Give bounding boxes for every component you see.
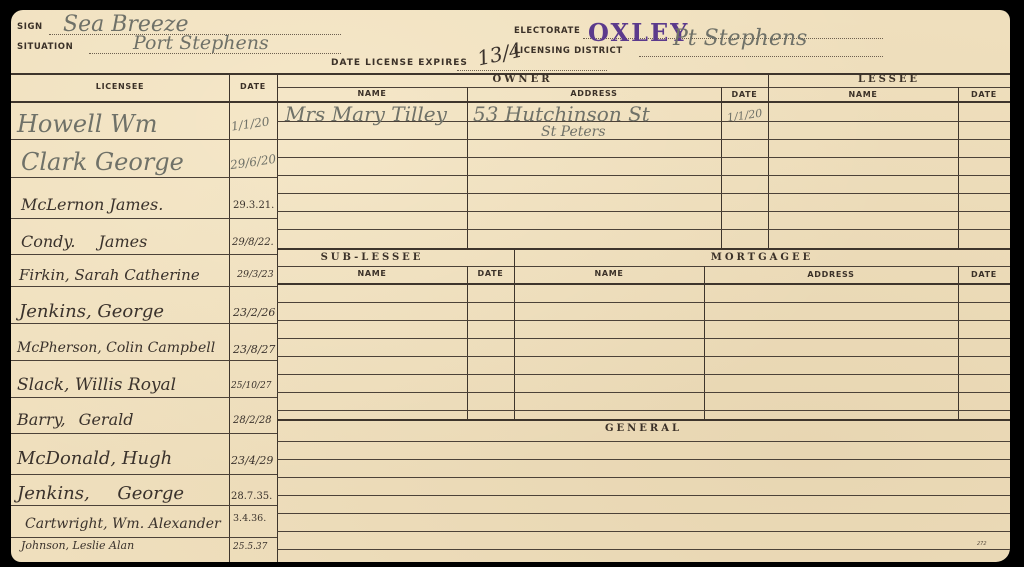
owner-address-date-divider — [721, 87, 722, 250]
situation-value: Port Stephens — [133, 32, 269, 54]
situation-label: SITUATION — [17, 42, 73, 52]
sub-lessee-subhead-line — [277, 266, 1010, 267]
sub-lessee-header-bottom — [277, 283, 1010, 285]
licensee-row-line — [11, 433, 277, 434]
general-row-line — [277, 441, 1010, 442]
sub-lessee-mortgagee-divider — [514, 248, 515, 419]
licensee-right-divider — [277, 73, 278, 562]
licensee-date: 25.5.37 — [233, 542, 267, 552]
date-license-expires-label: DATE LICENSE EXPIRES — [331, 58, 468, 68]
licensee-name: Jenkins, George — [19, 301, 164, 322]
licensee-name: Condy. James — [21, 232, 147, 251]
licensee-date: 23/2/26 — [233, 306, 275, 319]
licensee-row-line — [11, 323, 277, 324]
mortgagee-row-line — [277, 302, 1010, 303]
licensee-row-line — [11, 139, 277, 140]
licensee-row-line — [11, 397, 277, 398]
mortgagee-row-line — [277, 374, 1010, 375]
mortgagee-section-bottom-border — [277, 419, 1010, 421]
owner-row-line — [277, 175, 1010, 176]
licensing-district-value: Pt Stephens — [673, 26, 807, 51]
mortgagee-row-line — [277, 356, 1010, 357]
owner-address-header: ADDRESS — [467, 89, 721, 98]
licensee-row-line — [11, 537, 277, 538]
licensee-name: Jenkins, George — [17, 483, 184, 504]
licensee-name: Clark George — [21, 148, 184, 176]
mortgagee-name-address-divider — [704, 266, 705, 419]
electorate-label: ELECTORATE — [514, 26, 580, 36]
licensee-date: 23/8/27 — [233, 343, 275, 356]
licensee-date: 29/8/22. — [232, 237, 274, 248]
lessee-name-header: NAME — [768, 90, 958, 99]
licensee-row-line — [11, 177, 277, 178]
general-row-line — [277, 459, 1010, 460]
owner-row-line — [277, 193, 1010, 194]
licensee-date: 1/1/20 — [230, 114, 270, 133]
mortgagee-row-line — [277, 338, 1010, 339]
licensee-name: Barry, Gerald — [17, 410, 133, 429]
sign-label: SIGN — [17, 22, 43, 32]
licensee-date: 23/4/29 — [231, 454, 273, 467]
sub-lessee-section-title: SUB-LESSEE — [277, 252, 467, 263]
licensee-name: Johnson, Leslie Alan — [21, 539, 134, 552]
licensing-district-label: LICENSING DISTRICT — [514, 46, 623, 56]
general-row-line — [277, 549, 1010, 550]
mortgagee-row-line — [277, 320, 1010, 321]
licensee-name: McLernon James. — [21, 195, 163, 214]
licensee-name: Firkin, Sarah Catherine — [19, 266, 200, 284]
mortgagee-row-line — [277, 410, 1010, 411]
mortgagee-address-header: ADDRESS — [704, 270, 958, 279]
owner-section-title: OWNER — [277, 74, 768, 85]
owner-address-line2: St Peters — [541, 124, 606, 140]
licensing-district-dotted-line — [639, 56, 883, 57]
general-row-line — [277, 477, 1010, 478]
owner-date-header: DATE — [721, 90, 768, 99]
mortgagee-address-date-divider — [958, 266, 959, 419]
licensee-name: Slack, Willis Royal — [17, 375, 176, 395]
owner-row-line — [277, 211, 1010, 212]
licensee-date: 3.4.36. — [233, 513, 266, 524]
general-row-line — [277, 495, 1010, 496]
mortgagee-row-line — [277, 392, 1010, 393]
sub-lessee-name-date-divider — [467, 266, 468, 419]
license-record-card: SIGN Sea Breeze SITUATION Port Stephens … — [11, 10, 1010, 562]
licensee-row-line — [11, 474, 277, 475]
licensee-date: 28/2/28 — [233, 415, 272, 426]
lessee-name-date-divider — [958, 87, 959, 250]
owner-name: Mrs Mary Tilley — [285, 102, 447, 126]
licensee-name: McDonald, Hugh — [17, 448, 172, 469]
licensee-row-line — [11, 254, 277, 255]
licensee-date: 29/3/23 — [237, 269, 274, 280]
mortgagee-date-header: DATE — [958, 270, 1010, 279]
licensee-row-line — [11, 218, 277, 219]
mortgagee-section-title: MORTGAGEE — [514, 252, 1010, 263]
licensee-row-line — [11, 360, 277, 361]
licensee-date: 29/6/20 — [229, 152, 277, 172]
licensee-row-line — [11, 505, 277, 506]
licensee-row-line — [11, 286, 277, 287]
sub-lessee-date-header: DATE — [467, 269, 514, 278]
owner-lessee-subhead-line — [277, 87, 1010, 88]
owner-row-line — [277, 229, 1010, 230]
licensee-name: Cartwright, Wm. Alexander — [25, 516, 221, 532]
owner-section-bottom-border — [277, 248, 1010, 250]
licensee-date: 29.3.21. — [233, 200, 274, 211]
licensee-date-header: DATE — [229, 82, 277, 91]
licensee-name: Howell Wm — [17, 110, 158, 138]
licensee-date: 28.7.35. — [231, 491, 272, 502]
general-section-title: GENERAL — [277, 423, 1010, 434]
sub-lessee-name-header: NAME — [277, 269, 467, 278]
lessee-date-header: DATE — [958, 90, 1010, 99]
licensee-date-divider — [229, 73, 230, 562]
lessee-section-title: LESSEE — [768, 74, 1010, 85]
form-number: 272 — [977, 541, 987, 547]
general-row-line — [277, 513, 1010, 514]
mortgagee-name-header: NAME — [514, 269, 704, 278]
licensee-date: 25/10/27 — [231, 381, 271, 391]
owner-address-line1: 53 Hutchinson St — [473, 102, 650, 126]
owner-name-header: NAME — [277, 89, 467, 98]
owner-row-line — [277, 139, 1010, 140]
general-row-line — [277, 531, 1010, 532]
owner-row-line — [277, 157, 1010, 158]
licensee-header: LICENSEE — [11, 82, 229, 91]
owner-name-address-divider — [467, 87, 468, 250]
owner-lessee-divider — [768, 73, 769, 250]
licensee-name: McPherson, Colin Campbell — [17, 340, 215, 356]
